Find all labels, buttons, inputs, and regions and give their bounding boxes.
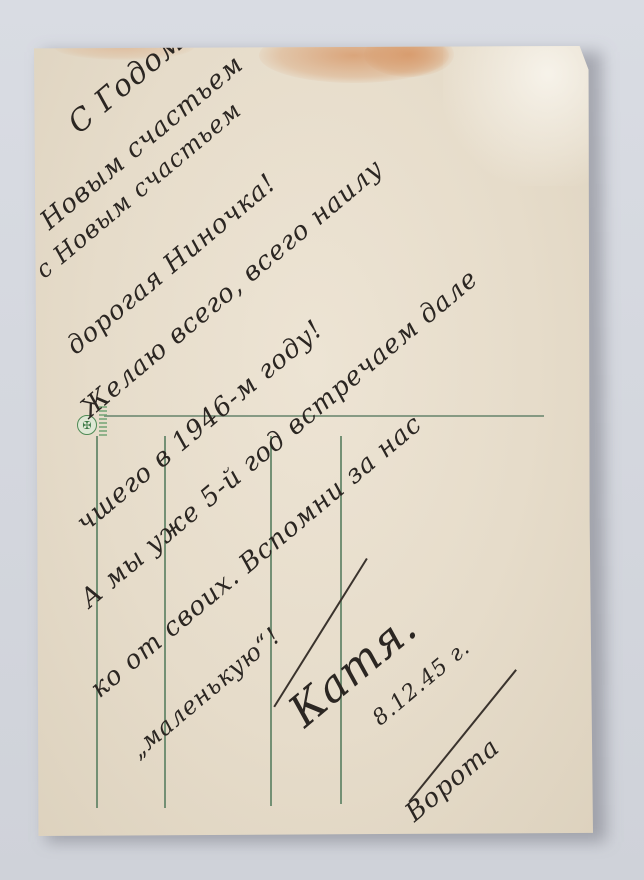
signature: Катя.	[279, 601, 427, 737]
printed-column-line	[270, 436, 272, 806]
rust-stain	[364, 32, 454, 77]
handwritten-line: А мы уже 5-й год встречаем дале	[75, 264, 484, 614]
worn-corner	[443, 46, 593, 186]
postcard: ✠ С Годом Новым счастьем с Новым счастье…	[34, 46, 593, 836]
